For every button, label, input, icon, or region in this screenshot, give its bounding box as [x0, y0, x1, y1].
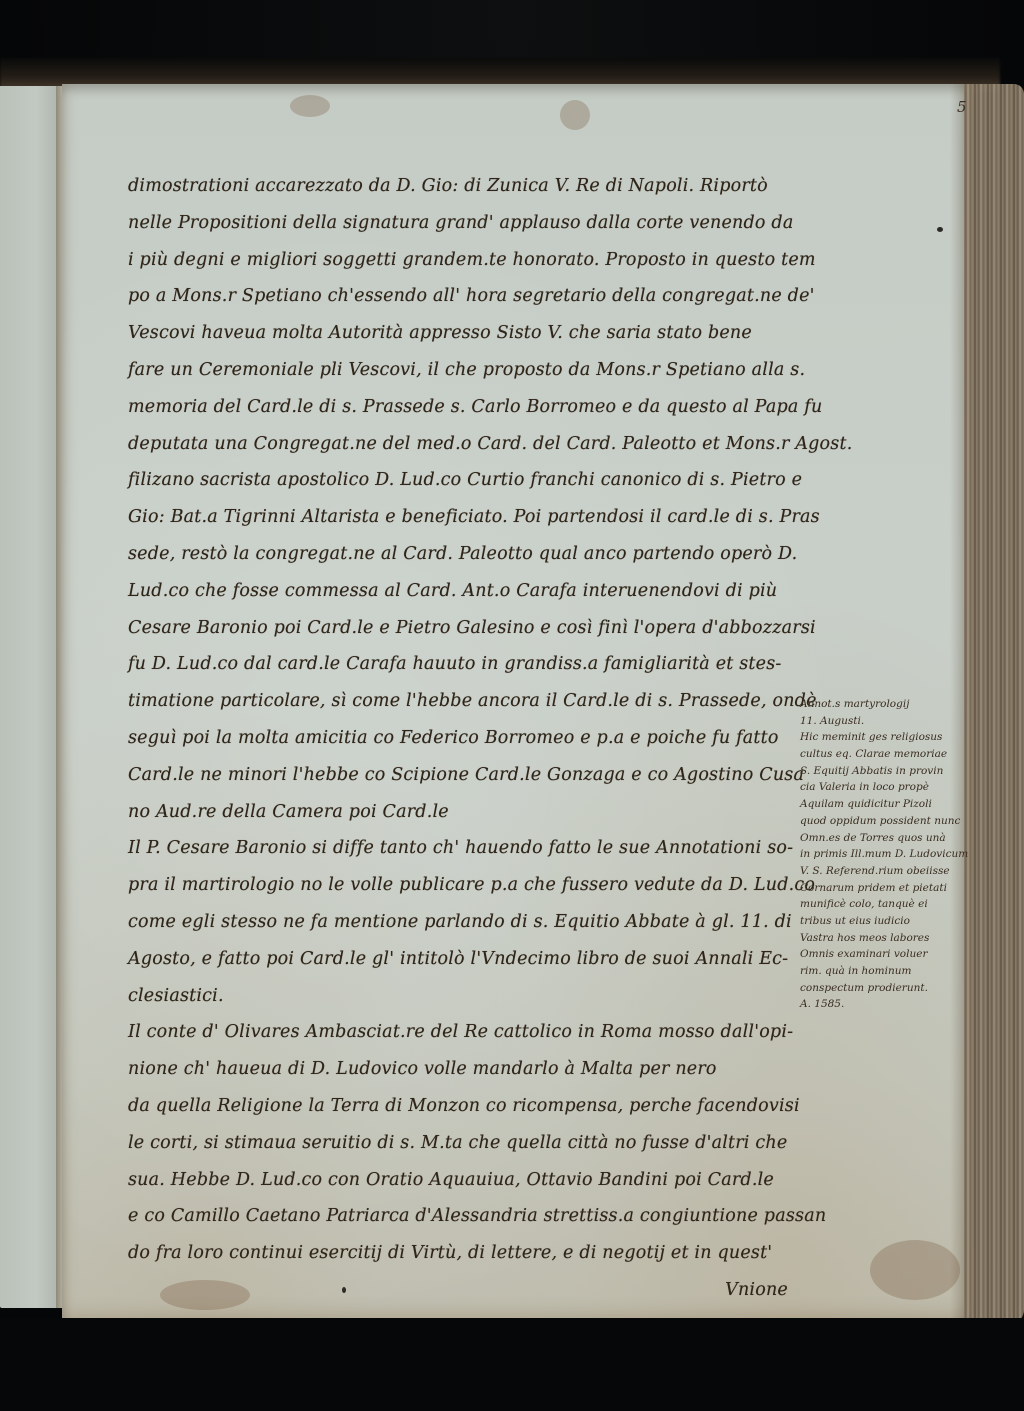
margin-line: Annot.s martyrologij [800, 696, 960, 713]
margin-line: Omnis examinari voluer [800, 946, 960, 963]
text-line: Lud.co che fosse commessa al Card. Ant.o… [128, 573, 808, 610]
margin-line: cia Valeria in loco propè [800, 779, 960, 796]
margin-line: cultus eq. Clarae memoriae [800, 746, 960, 763]
margin-line: quod oppidum possident nunc [800, 813, 960, 830]
text-line: Agosto, e fatto poi Card.le gl' intitolò… [128, 941, 808, 978]
text-line: memoria del Card.le di s. Prassede s. Ca… [128, 389, 808, 426]
margin-line: rim. quà in hominum [800, 963, 960, 980]
text-line: fu D. Lud.co dal card.le Carafa hauuto i… [128, 646, 808, 683]
margin-line: munificè colo, tanquè ei [800, 896, 960, 913]
margin-line: Omn.es de Torres quos unà [800, 830, 960, 847]
text-line: nione ch' haueua di D. Ludovico volle ma… [128, 1051, 808, 1088]
text-line: Vescovi haveua molta Autorità appresso S… [128, 315, 808, 352]
margin-line: Hic meminit ges religiosus [800, 729, 960, 746]
text-line: Il P. Cesare Baronio si diffe tanto ch' … [128, 830, 808, 867]
manuscript-photo: 5 dimostrationi accarezzato da D. Gio: d… [0, 0, 1024, 1411]
text-line: come egli stesso ne fa mentione parlando… [128, 904, 808, 941]
text-line: deputata una Congregat.ne del med.o Card… [128, 426, 808, 463]
text-line: do fra loro continui esercitij di Virtù,… [128, 1235, 808, 1272]
catchword: Vnione [128, 1272, 808, 1309]
facing-page-sliver [0, 86, 60, 1308]
margin-line: A. 1585. [800, 996, 960, 1013]
text-line: po a Mons.r Spetiano ch'essendo all' hor… [128, 278, 808, 315]
text-line: filizano sacrista apostolico D. Lud.co C… [128, 462, 808, 499]
foxing-stain [560, 100, 590, 130]
text-line: sua. Hebbe D. Lud.co con Oratio Aquauiua… [128, 1162, 808, 1199]
text-line: Cesare Baronio poi Card.le e Pietro Gale… [128, 610, 808, 647]
margin-line: Aquilam quidicitur Pizoli [800, 796, 960, 813]
margin-line: V. S. Referend.rium obeiisse [800, 863, 960, 880]
foxing-stain [870, 1240, 960, 1300]
margin-line: tribus ut eius iudicio [800, 913, 960, 930]
text-line: no Aud.re della Camera poi Card.le [128, 794, 808, 831]
text-line: clesiastici. [128, 978, 808, 1015]
text-line: Gio: Bat.a Tigrinni Altarista e benefici… [128, 499, 808, 536]
margin-line: S. Equitij Abbatis in provin [800, 763, 960, 780]
margin-line: conspectum prodierunt. [800, 980, 960, 997]
bottom-dark-area [0, 1318, 1024, 1411]
text-line: da quella Religione la Terra di Monzon c… [128, 1088, 808, 1125]
text-line: dimostrationi accarezzato da D. Gio: di … [128, 168, 808, 205]
text-line: le corti, si stimaua seruitio di s. M.ta… [128, 1125, 808, 1162]
ink-spot [937, 227, 943, 232]
main-handwritten-text: dimostrationi accarezzato da D. Gio: di … [128, 168, 808, 1309]
stacked-page-edges [964, 84, 1024, 1324]
text-line: Il conte d' Olivares Ambasciat.re del Re… [128, 1014, 808, 1051]
margin-line: 11. Augusti. [800, 713, 960, 730]
margin-line: Cornarum pridem et pietati [800, 880, 960, 897]
text-line: pra il martirologio no le volle publicar… [128, 867, 808, 904]
text-line: fare un Ceremoniale pli Vescovi, il che … [128, 352, 808, 389]
foxing-stain [290, 95, 330, 117]
text-line: timatione particolare, sì come l'hebbe a… [128, 683, 808, 720]
margin-line: Vastra hos meos labores [800, 930, 960, 947]
folio-number: 5 [957, 98, 967, 116]
marginal-note: Annot.s martyrologij 11. Augusti. Hic me… [800, 696, 960, 1013]
text-line: seguì poi la molta amicitia co Federico … [128, 720, 808, 757]
text-line: i più degni e migliori soggetti grandem.… [128, 242, 808, 279]
text-line: sede, restò la congregat.ne al Card. Pal… [128, 536, 808, 573]
text-line: e co Camillo Caetano Patriarca d'Alessan… [128, 1198, 808, 1235]
text-line: Card.le ne minori l'hebbe co Scipione Ca… [128, 757, 808, 794]
text-line: nelle Propositioni della signatura grand… [128, 205, 808, 242]
margin-line: in primis Ill.mum D. Ludovicum [800, 846, 960, 863]
